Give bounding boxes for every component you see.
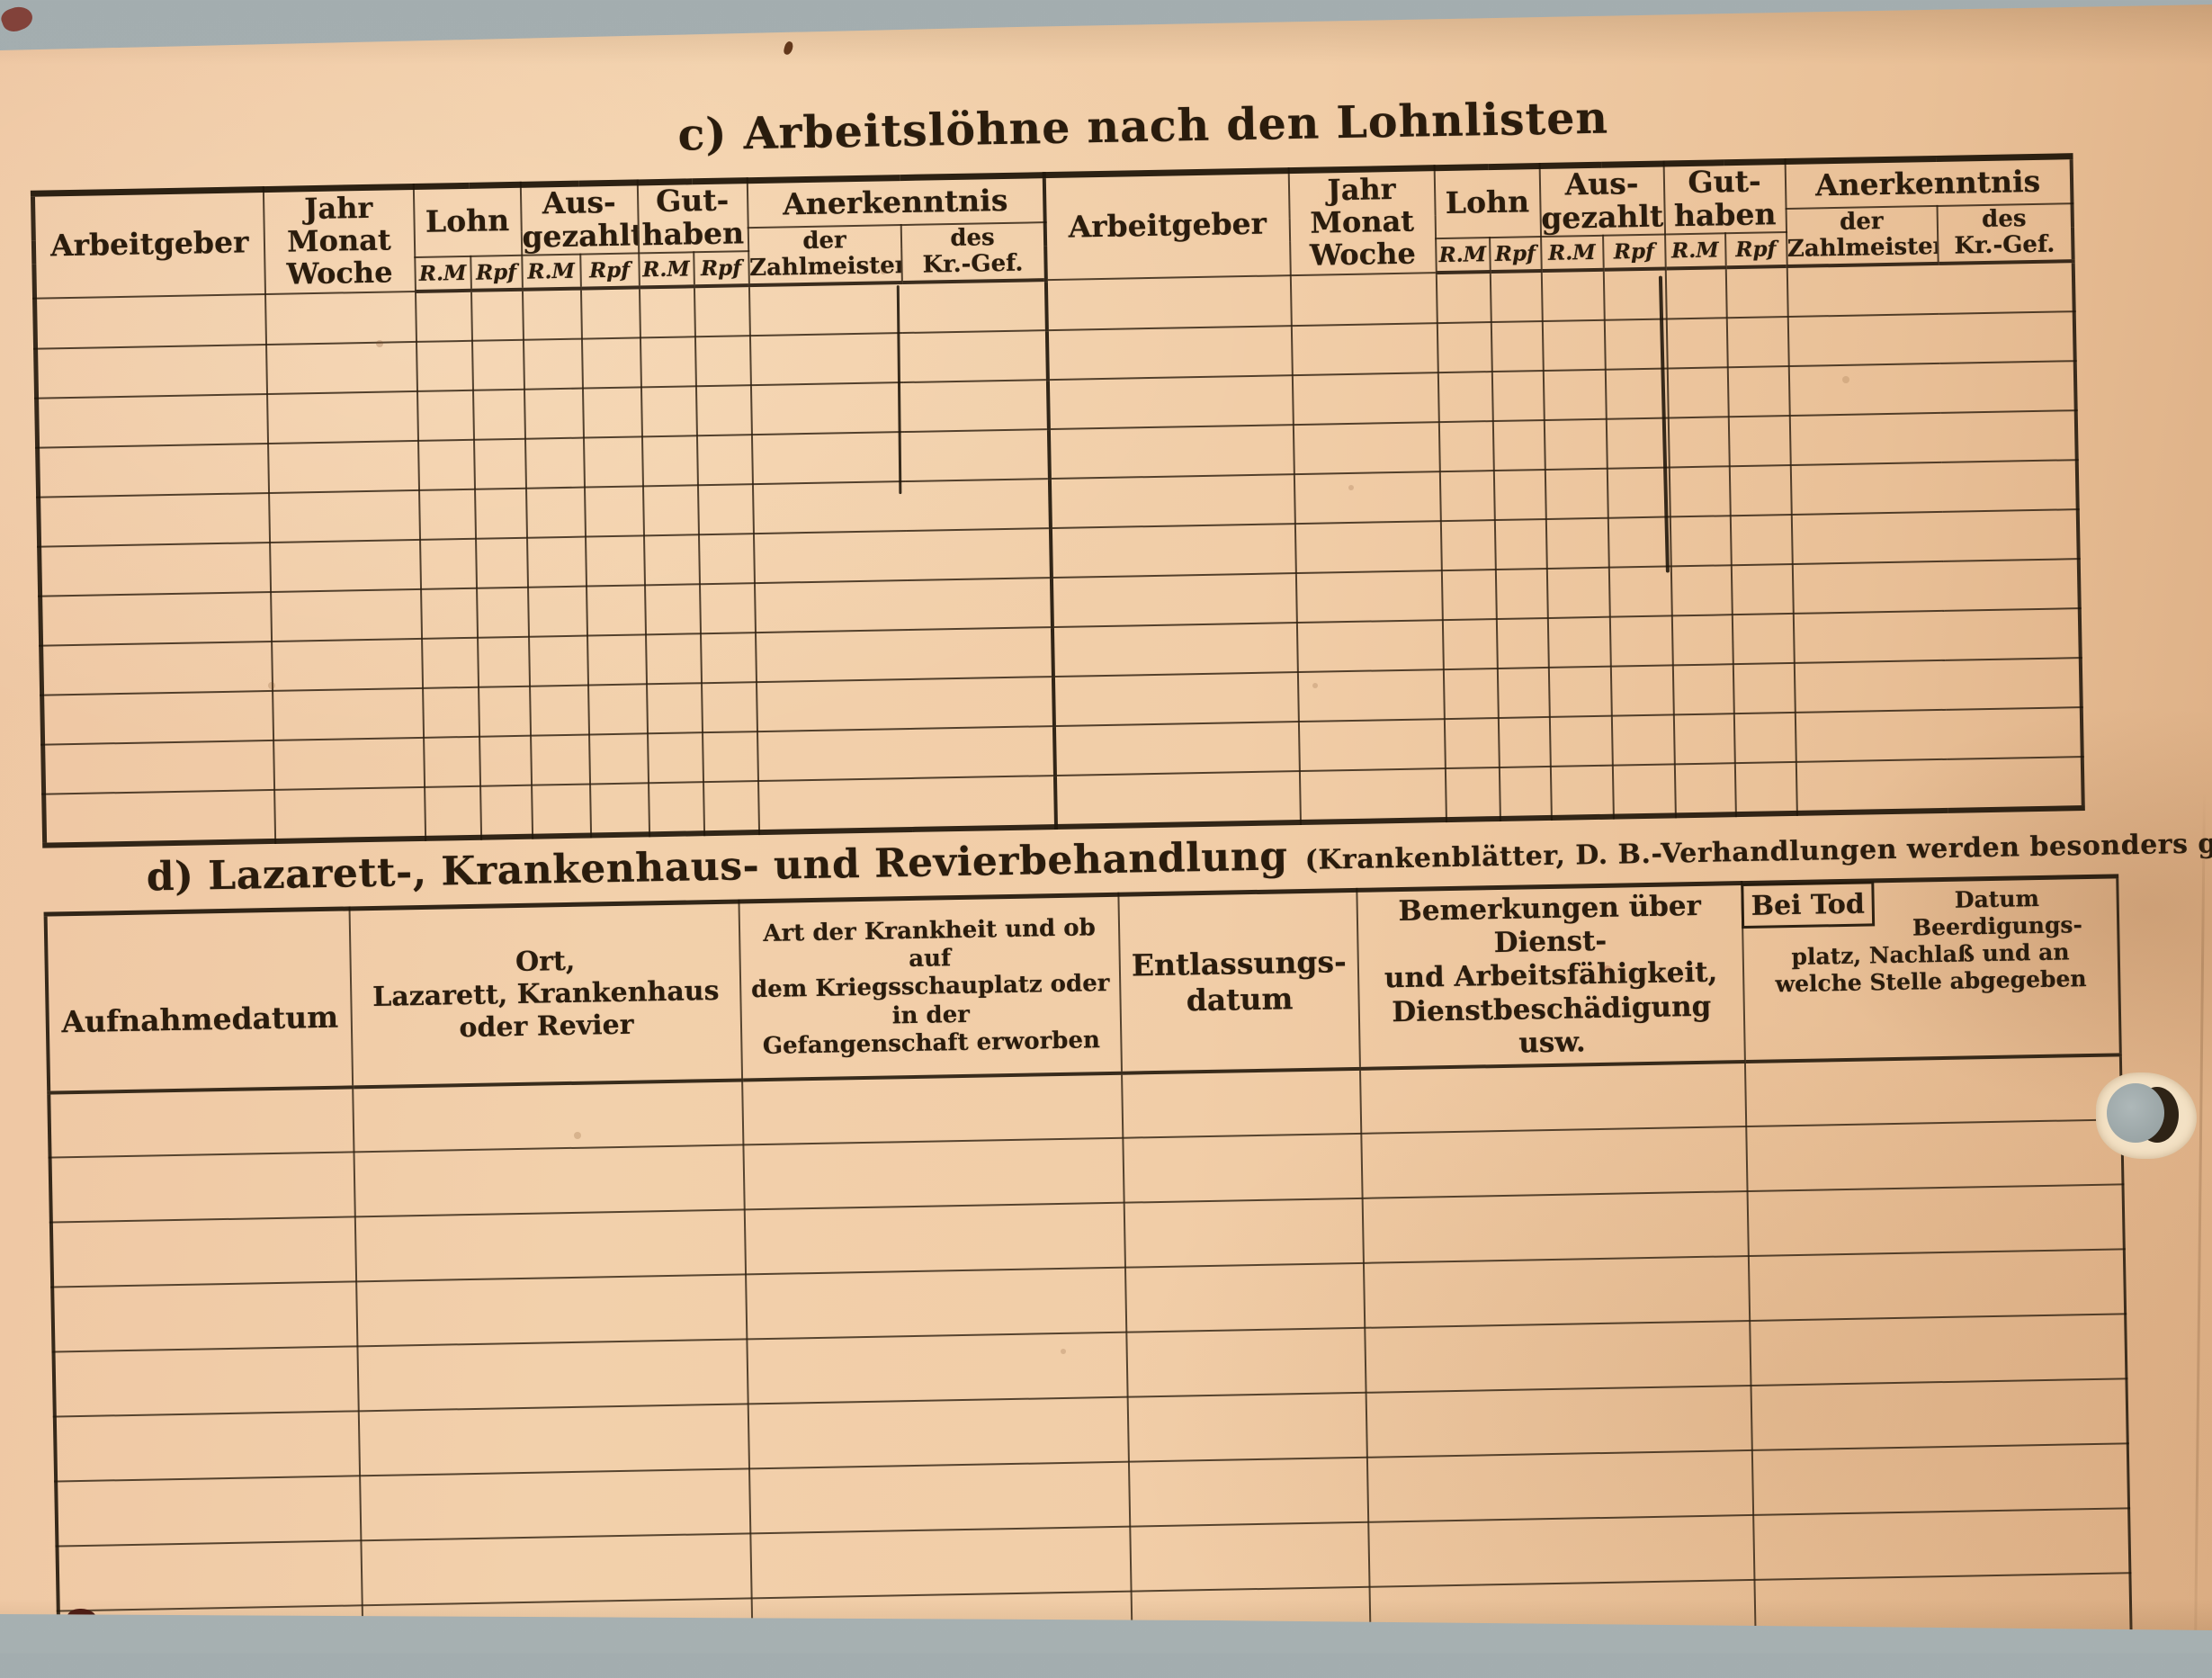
empty-cell bbox=[1749, 1249, 2125, 1321]
empty-cell bbox=[1491, 321, 1543, 372]
empty-cell bbox=[1122, 1069, 1361, 1138]
empty-cell bbox=[753, 531, 907, 583]
empty-cell bbox=[694, 336, 750, 386]
empty-cell bbox=[1943, 559, 2079, 611]
empty-cell bbox=[1612, 764, 1675, 816]
empty-cell bbox=[1791, 512, 1943, 564]
empty-cell bbox=[907, 578, 1052, 630]
empty-cell bbox=[417, 390, 474, 441]
empty-cell bbox=[360, 1468, 750, 1540]
empty-cell bbox=[479, 686, 531, 737]
empty-cell bbox=[54, 1346, 359, 1416]
empty-cell bbox=[1670, 516, 1731, 566]
empty-cell bbox=[269, 490, 420, 543]
empty-cell bbox=[751, 432, 905, 484]
empty-cell bbox=[58, 1605, 363, 1653]
empty-cell bbox=[748, 1397, 1129, 1469]
empty-cell bbox=[480, 785, 533, 838]
empty-cell bbox=[271, 589, 422, 642]
punch-hole bbox=[2096, 1072, 2197, 1159]
empty-cell bbox=[1752, 1443, 2128, 1515]
empty-cell bbox=[476, 538, 528, 588]
empty-cell bbox=[1945, 658, 2081, 710]
empty-cell bbox=[909, 677, 1053, 729]
empty-cell bbox=[353, 1080, 743, 1152]
empty-cell bbox=[1550, 766, 1613, 818]
empty-cell bbox=[1671, 615, 1733, 665]
empty-cell bbox=[1733, 663, 1795, 713]
empty-cell bbox=[356, 1274, 747, 1346]
empty-cell bbox=[39, 493, 270, 547]
empty-cell bbox=[750, 382, 904, 435]
empty-cell bbox=[582, 387, 641, 437]
column-header-guthaben: Gut- haben bbox=[1663, 162, 1786, 235]
empty-cell bbox=[1541, 270, 1604, 321]
empty-cell bbox=[1544, 419, 1607, 470]
empty-cell bbox=[1360, 1062, 1746, 1134]
empty-cell bbox=[1788, 363, 1940, 416]
empty-cell bbox=[752, 1592, 1133, 1653]
empty-cell bbox=[745, 1203, 1125, 1275]
empty-cell bbox=[702, 682, 757, 732]
empty-cell bbox=[758, 778, 912, 832]
empty-cell bbox=[530, 685, 589, 735]
empty-cell bbox=[1297, 669, 1444, 722]
empty-cell bbox=[56, 1476, 361, 1546]
empty-cell bbox=[1363, 1191, 1749, 1263]
empty-cell bbox=[532, 784, 591, 836]
empty-cell bbox=[700, 583, 756, 633]
empty-cell bbox=[1126, 1328, 1366, 1397]
empty-cell bbox=[1727, 366, 1789, 417]
empty-cell bbox=[905, 479, 1050, 531]
empty-cell bbox=[647, 683, 703, 733]
empty-cell bbox=[522, 289, 581, 340]
subheader-rpf: Rpf bbox=[1603, 234, 1666, 269]
empty-cell bbox=[749, 1462, 1130, 1534]
column-header-arbeitgeber: Arbeitgeber bbox=[32, 190, 264, 299]
empty-cell bbox=[1298, 719, 1445, 771]
empty-cell bbox=[1294, 471, 1440, 524]
empty-cell bbox=[590, 783, 649, 835]
empty-cell bbox=[742, 1073, 1123, 1145]
empty-cell bbox=[1498, 717, 1550, 767]
empty-cell bbox=[420, 539, 477, 589]
empty-cell bbox=[36, 345, 267, 399]
punch-hole-opening bbox=[2107, 1083, 2164, 1143]
empty-cell bbox=[55, 1411, 360, 1481]
empty-cell bbox=[1753, 1508, 2129, 1580]
empty-cell bbox=[40, 543, 271, 597]
subheader-rpf: Rpf bbox=[1725, 232, 1787, 267]
column-header-art-der-krankheit: Art der Krankheit und ob auf dem Kriegss… bbox=[739, 894, 1122, 1080]
empty-cell bbox=[752, 481, 906, 534]
empty-cell bbox=[361, 1533, 751, 1605]
empty-cell bbox=[1049, 474, 1294, 528]
empty-cell bbox=[1053, 722, 1299, 776]
empty-cell bbox=[38, 444, 269, 498]
empty-cell bbox=[523, 338, 582, 389]
empty-cell bbox=[355, 1209, 746, 1281]
hospital-table-body bbox=[49, 1054, 2130, 1653]
empty-cell bbox=[43, 740, 274, 794]
empty-cell bbox=[359, 1404, 749, 1476]
empty-cell bbox=[589, 733, 649, 784]
empty-cell bbox=[478, 637, 530, 687]
empty-cell bbox=[585, 486, 644, 536]
subheader-rm: R.M bbox=[1665, 233, 1726, 268]
empty-cell bbox=[470, 290, 523, 341]
empty-cell bbox=[1603, 268, 1666, 319]
subheader-rm: R.M bbox=[1541, 236, 1604, 271]
empty-cell bbox=[748, 283, 902, 336]
empty-cell bbox=[1545, 469, 1608, 519]
empty-cell bbox=[1052, 623, 1297, 677]
empty-cell bbox=[1666, 318, 1727, 368]
empty-cell bbox=[1047, 375, 1293, 429]
empty-cell bbox=[1667, 367, 1728, 417]
empty-cell bbox=[1296, 620, 1443, 672]
empty-cell bbox=[1291, 323, 1437, 375]
empty-cell bbox=[268, 441, 419, 493]
empty-cell bbox=[639, 286, 694, 337]
column-header-jahr-monat-woche: Jahr Monat Woche bbox=[263, 186, 415, 293]
empty-cell bbox=[1751, 1378, 2127, 1450]
empty-cell bbox=[746, 1268, 1126, 1340]
empty-cell bbox=[1295, 570, 1442, 623]
empty-cell bbox=[640, 386, 696, 436]
empty-cell bbox=[1732, 614, 1794, 664]
empty-cell bbox=[1729, 465, 1791, 516]
subheader-rpf: Rpf bbox=[694, 251, 749, 286]
empty-cell bbox=[422, 638, 479, 688]
empty-cell bbox=[357, 1339, 748, 1411]
empty-cell bbox=[696, 435, 752, 485]
empty-cell bbox=[265, 292, 416, 345]
empty-cell bbox=[1123, 1134, 1362, 1203]
wage-table: Arbeitgeber Jahr Monat Woche Lohn Aus- g… bbox=[31, 153, 2085, 848]
subheader-rm: R.M bbox=[522, 255, 581, 290]
column-header-anerkenntnis: Anerkenntnis bbox=[747, 175, 1044, 229]
empty-cell bbox=[648, 732, 703, 783]
column-header-krgef: des Kr.-Gef. bbox=[1937, 203, 2073, 264]
subheader-rpf: Rpf bbox=[470, 256, 523, 291]
empty-cell bbox=[906, 528, 1051, 580]
empty-cell bbox=[1670, 565, 1732, 615]
empty-cell bbox=[701, 633, 757, 683]
empty-cell bbox=[415, 291, 471, 342]
empty-cell bbox=[1490, 271, 1542, 322]
empty-cell bbox=[743, 1138, 1124, 1210]
empty-cell bbox=[1497, 668, 1549, 718]
empty-cell bbox=[1443, 669, 1498, 719]
empty-cell bbox=[416, 341, 473, 391]
empty-cell bbox=[531, 734, 590, 785]
empty-cell bbox=[418, 440, 475, 490]
subheader-rm: R.M bbox=[1436, 238, 1491, 273]
empty-cell bbox=[50, 1152, 355, 1222]
empty-cell bbox=[645, 584, 701, 634]
empty-cell bbox=[1750, 1314, 2126, 1386]
column-header-zahlmeisterei: der Zahlmeisterei bbox=[1786, 206, 1938, 266]
empty-cell bbox=[1607, 467, 1670, 517]
empty-cell bbox=[584, 436, 643, 487]
empty-cell bbox=[1543, 370, 1606, 420]
empty-cell bbox=[646, 633, 702, 684]
empty-cell bbox=[1734, 762, 1796, 814]
empty-cell bbox=[588, 684, 648, 734]
column-header-entlassungsdatum: Entlassungs- datum bbox=[1118, 890, 1360, 1072]
empty-cell bbox=[1942, 509, 2078, 561]
empty-cell bbox=[424, 737, 480, 787]
empty-cell bbox=[1790, 462, 1942, 515]
empty-cell bbox=[477, 588, 529, 638]
empty-cell bbox=[1054, 771, 1300, 827]
empty-cell bbox=[423, 687, 479, 738]
empty-cell bbox=[354, 1144, 744, 1216]
empty-cell bbox=[902, 330, 1047, 382]
empty-cell bbox=[272, 639, 423, 691]
empty-cell bbox=[1048, 425, 1294, 479]
empty-cell bbox=[903, 380, 1048, 432]
empty-cell bbox=[1547, 617, 1610, 668]
empty-cell bbox=[1730, 515, 1792, 565]
empty-cell bbox=[697, 484, 753, 534]
empty-cell bbox=[528, 586, 587, 636]
empty-cell bbox=[363, 1598, 753, 1653]
empty-cell bbox=[41, 642, 273, 695]
empty-cell bbox=[1445, 767, 1500, 820]
empty-cell bbox=[1796, 759, 1948, 813]
empty-cell bbox=[694, 285, 749, 336]
empty-cell bbox=[695, 385, 751, 435]
column-header-lohn: Lohn bbox=[1434, 166, 1540, 239]
empty-cell bbox=[749, 333, 903, 385]
empty-cell bbox=[1665, 267, 1726, 319]
empty-cell bbox=[1051, 573, 1296, 627]
column-header-ort: Ort, Lazarett, Krankenhaus oder Revier bbox=[350, 902, 743, 1087]
empty-cell bbox=[698, 534, 754, 584]
empty-cell bbox=[1672, 664, 1733, 714]
empty-cell bbox=[1299, 768, 1446, 822]
empty-cell bbox=[1542, 320, 1605, 371]
empty-cell bbox=[1754, 1573, 2130, 1645]
empty-cell bbox=[1611, 714, 1674, 765]
empty-cell bbox=[1290, 273, 1437, 326]
empty-cell bbox=[419, 489, 476, 540]
empty-cell bbox=[270, 540, 421, 592]
empty-cell bbox=[1125, 1263, 1365, 1333]
empty-cell bbox=[910, 776, 1055, 830]
column-header-jahr-monat-woche: Jahr Monat Woche bbox=[1288, 168, 1436, 275]
wage-table-body bbox=[35, 261, 2083, 845]
empty-cell bbox=[471, 340, 524, 390]
empty-cell bbox=[1436, 272, 1491, 323]
paper-card: c) Arbeitslöhne nach den Lohnlisten bbox=[0, 0, 2212, 1653]
empty-cell bbox=[1674, 763, 1735, 815]
empty-cell bbox=[644, 534, 700, 585]
column-header-ausgezahlt: Aus- gezahlt bbox=[1539, 164, 1664, 237]
empty-cell bbox=[1605, 368, 1668, 418]
empty-cell bbox=[703, 781, 759, 833]
empty-cell bbox=[1673, 713, 1734, 764]
empty-cell bbox=[1046, 326, 1292, 380]
empty-cell bbox=[909, 726, 1054, 778]
scanner-background: c) Arbeitslöhne nach den Lohnlisten bbox=[0, 0, 2212, 1653]
column-header-arbeitgeber: Arbeitgeber bbox=[1043, 171, 1290, 280]
empty-cell bbox=[52, 1281, 357, 1351]
empty-cell bbox=[1442, 619, 1497, 669]
empty-cell bbox=[529, 635, 588, 686]
empty-cell bbox=[908, 627, 1052, 679]
empty-cell bbox=[1364, 1256, 1750, 1328]
empty-cell bbox=[1793, 611, 1945, 663]
empty-cell bbox=[1731, 564, 1793, 615]
empty-cell bbox=[1545, 518, 1608, 569]
empty-cell bbox=[1939, 311, 2074, 363]
empty-cell bbox=[1441, 570, 1496, 620]
section-d-title-note: (Krankenblätter, D. B.-Verhandlungen wer… bbox=[1304, 826, 2212, 876]
empty-cell bbox=[587, 634, 647, 685]
empty-cell bbox=[1787, 264, 1939, 317]
empty-cell bbox=[1499, 767, 1551, 819]
empty-cell bbox=[1370, 1580, 1756, 1652]
empty-cell bbox=[747, 1333, 1127, 1404]
empty-cell bbox=[40, 592, 272, 646]
empty-cell bbox=[266, 342, 417, 394]
empty-cell bbox=[757, 729, 911, 781]
empty-cell bbox=[1795, 710, 1947, 762]
empty-cell bbox=[44, 790, 275, 846]
empty-cell bbox=[1444, 718, 1499, 768]
ink-blot bbox=[67, 1609, 97, 1630]
column-header-ausgezahlt: Aus- gezahlt bbox=[520, 183, 638, 256]
empty-cell bbox=[1669, 466, 1730, 516]
empty-cell bbox=[1938, 261, 2073, 314]
empty-cell bbox=[1130, 1522, 1369, 1592]
empty-cell bbox=[474, 439, 526, 489]
empty-cell bbox=[901, 280, 1046, 333]
empty-cell bbox=[1128, 1393, 1367, 1462]
empty-cell bbox=[1789, 413, 1941, 465]
empty-cell bbox=[1496, 618, 1548, 669]
empty-cell bbox=[1604, 319, 1667, 369]
empty-cell bbox=[754, 580, 908, 633]
empty-cell bbox=[904, 429, 1049, 481]
empty-cell bbox=[1294, 521, 1441, 573]
empty-cell bbox=[274, 787, 425, 841]
empty-cell bbox=[1748, 1184, 2124, 1256]
empty-cell bbox=[1792, 561, 1944, 614]
empty-cell bbox=[1947, 757, 2082, 811]
column-header-bemerkungen: Bemerkungen über Dienst- und Arbeitsfähi… bbox=[1357, 884, 1745, 1069]
empty-cell bbox=[273, 688, 424, 740]
empty-cell bbox=[51, 1216, 356, 1287]
empty-cell bbox=[472, 390, 524, 440]
bei-tod-box: Bei Tod bbox=[1741, 881, 1875, 929]
column-header-bei-tod: Bei Tod Datum Beerdigungs- platz, Nachla… bbox=[1742, 876, 2120, 1062]
empty-cell bbox=[524, 388, 584, 438]
section-d-title-main: d) Lazarett-, Krankenhaus- und Revierbeh… bbox=[146, 833, 1288, 900]
column-header-anerkenntnis: Anerkenntnis bbox=[1785, 157, 2072, 209]
empty-cell bbox=[1733, 713, 1796, 763]
empty-cell bbox=[1941, 460, 2077, 512]
empty-cell bbox=[1050, 524, 1295, 578]
empty-cell bbox=[1725, 266, 1787, 318]
subheader-rm: R.M bbox=[415, 256, 471, 292]
empty-cell bbox=[1787, 314, 1939, 366]
empty-cell bbox=[1437, 372, 1492, 422]
empty-cell bbox=[1548, 667, 1611, 717]
empty-cell bbox=[581, 337, 640, 388]
empty-cell bbox=[1610, 665, 1673, 715]
empty-cell bbox=[1546, 568, 1609, 618]
empty-cell bbox=[1668, 417, 1729, 467]
paper-specks bbox=[0, 0, 4, 4]
empty-cell bbox=[1492, 420, 1545, 471]
empty-cell bbox=[1439, 471, 1494, 521]
empty-cell bbox=[1940, 410, 2076, 462]
empty-cell bbox=[527, 536, 587, 587]
empty-cell bbox=[1493, 470, 1545, 520]
empty-cell bbox=[1746, 1119, 2122, 1191]
empty-cell bbox=[1608, 566, 1671, 616]
empty-cell bbox=[49, 1087, 354, 1157]
empty-cell bbox=[1944, 608, 2080, 660]
empty-cell bbox=[35, 294, 266, 349]
empty-cell bbox=[273, 738, 425, 790]
empty-cell bbox=[1745, 1054, 2121, 1126]
empty-cell bbox=[757, 679, 910, 731]
column-header-aufnahmedatum: Aufnahmedatum bbox=[46, 909, 354, 1093]
empty-cell bbox=[750, 1527, 1131, 1599]
empty-cell bbox=[1365, 1321, 1751, 1393]
empty-cell bbox=[587, 585, 646, 635]
empty-cell bbox=[1045, 275, 1291, 330]
empty-cell bbox=[756, 630, 909, 682]
empty-cell bbox=[42, 691, 273, 745]
hospital-table: Aufnahmedatum Ort, Lazarett, Krankenhaus… bbox=[44, 874, 2133, 1653]
empty-cell bbox=[1728, 416, 1790, 466]
empty-cell bbox=[1129, 1458, 1368, 1527]
empty-cell bbox=[479, 736, 532, 786]
empty-cell bbox=[1494, 519, 1546, 570]
empty-cell bbox=[1292, 372, 1438, 425]
empty-cell bbox=[1361, 1126, 1747, 1198]
empty-cell bbox=[1052, 672, 1298, 726]
empty-cell bbox=[1437, 322, 1491, 372]
empty-cell bbox=[425, 786, 481, 839]
empty-cell bbox=[1438, 421, 1493, 471]
empty-cell bbox=[1495, 569, 1547, 619]
empty-cell bbox=[1726, 317, 1788, 367]
empty-cell bbox=[642, 485, 698, 535]
empty-cell bbox=[586, 535, 645, 586]
subheader-rpf: Rpf bbox=[1490, 237, 1542, 272]
empty-cell bbox=[1606, 417, 1669, 468]
empty-cell bbox=[1293, 422, 1439, 474]
corner-mark bbox=[0, 3, 35, 35]
subheader-rm: R.M bbox=[639, 252, 694, 287]
empty-cell bbox=[37, 394, 268, 448]
empty-cell bbox=[1367, 1450, 1753, 1522]
empty-cell bbox=[475, 489, 527, 539]
empty-cell bbox=[703, 731, 758, 782]
empty-cell bbox=[1608, 516, 1670, 567]
column-header-guthaben: Gut- haben bbox=[637, 181, 748, 254]
empty-cell bbox=[640, 336, 695, 387]
empty-cell bbox=[57, 1540, 362, 1611]
